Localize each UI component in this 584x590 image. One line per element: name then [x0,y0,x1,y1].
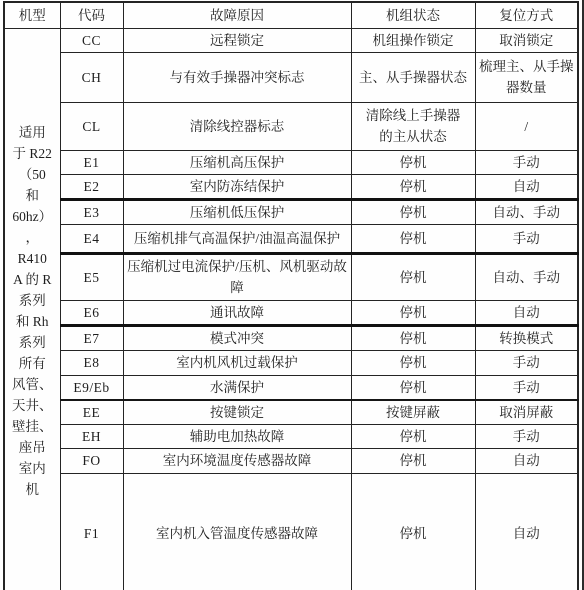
code-cell: E5 [60,253,123,300]
header-code: 代码 [60,2,123,28]
status-cell: 停机 [351,150,475,174]
cause-cell: 远程锁定 [123,28,351,52]
status-cell: 清除线上手操器 的主从状态 [351,102,475,150]
cause-cell: 按键锁定 [123,400,351,425]
scanned-document-page: 机型 代码 故障原因 机组状态 复位方式 适用 于 R22 （50 和 60hz… [0,0,584,590]
status-cell: 按键屏蔽 [351,400,475,425]
reset-cell: 自动、手动 [475,199,578,224]
cause-cell: 压缩机高压保护 [123,150,351,174]
table-row: 适用 于 R22 （50 和 60hz） ， R410 A 的 R 系列 和 R… [4,28,578,52]
status-cell: 停机 [351,300,475,325]
table-row: E5 压缩机过电流保护/压机、风机驱动故 障 停机 自动、手动 [4,253,578,300]
table-row: E8 室内机风机过载保护 停机 手动 [4,350,578,375]
reset-cell: 手动 [475,150,578,174]
status-cell: 停机 [351,448,475,473]
cause-cell: 室内环境温度传感器故障 [123,448,351,473]
reset-cell: / [475,102,578,150]
header-model: 机型 [4,2,60,28]
code-cell: E3 [60,199,123,224]
status-cell: 停机 [351,325,475,350]
table-row: EH 辅助电加热故障 停机 手动 [4,424,578,448]
code-cell: E2 [60,174,123,199]
cause-cell: 室内机入管温度传感器故障 [123,473,351,590]
reset-cell: 手动 [475,424,578,448]
table-row: E2 室内防冻结保护 停机 自动 [4,174,578,199]
code-cell: EE [60,400,123,425]
reset-cell: 自动 [475,300,578,325]
model-cell: 适用 于 R22 （50 和 60hz） ， R410 A 的 R 系列 和 R… [4,28,60,590]
status-cell: 停机 [351,174,475,199]
header-cause: 故障原因 [123,2,351,28]
status-cell: 主、从手操器状态 [351,52,475,102]
cause-cell: 与有效手操器冲突标志 [123,52,351,102]
status-cell: 停机 [351,375,475,400]
status-cell: 停机 [351,199,475,224]
code-cell: FO [60,448,123,473]
status-cell: 机组操作锁定 [351,28,475,52]
table-row: E9/Eb 水满保护 停机 手动 [4,375,578,400]
cause-cell: 辅助电加热故障 [123,424,351,448]
table-row: E3 压缩机低压保护 停机 自动、手动 [4,199,578,224]
code-cell: E1 [60,150,123,174]
cause-cell: 压缩机低压保护 [123,199,351,224]
table-row: E6 通讯故障 停机 自动 [4,300,578,325]
code-cell: CH [60,52,123,102]
cause-cell: 通讯故障 [123,300,351,325]
table-row: EE 按键锁定 按键屏蔽 取消屏蔽 [4,400,578,425]
code-cell: E7 [60,325,123,350]
cause-cell: 室内机风机过载保护 [123,350,351,375]
code-cell: E9/Eb [60,375,123,400]
table-row: E4 压缩机排气高温保护/油温高温保护 停机 手动 [4,224,578,253]
reset-cell: 手动 [475,224,578,253]
code-cell: E4 [60,224,123,253]
code-cell: F1 [60,473,123,590]
table-row: F1 室内机入管温度传感器故障 停机 自动 [4,473,578,590]
table-row: CL 清除线控器标志 清除线上手操器 的主从状态 / [4,102,578,150]
cause-cell: 压缩机排气高温保护/油温高温保护 [123,224,351,253]
code-cell: CL [60,102,123,150]
code-cell: E8 [60,350,123,375]
cause-cell: 清除线控器标志 [123,102,351,150]
table-row: CH 与有效手操器冲突标志 主、从手操器状态 梳理主、从手操 器数量 [4,52,578,102]
fault-code-table: 机型 代码 故障原因 机组状态 复位方式 适用 于 R22 （50 和 60hz… [3,1,579,590]
status-cell: 停机 [351,224,475,253]
header-status: 机组状态 [351,2,475,28]
code-cell: EH [60,424,123,448]
reset-cell: 自动、手动 [475,253,578,300]
reset-cell: 手动 [475,350,578,375]
cause-cell: 压缩机过电流保护/压机、风机驱动故 障 [123,253,351,300]
reset-cell: 梳理主、从手操 器数量 [475,52,578,102]
reset-cell: 自动 [475,174,578,199]
cause-cell: 水满保护 [123,375,351,400]
status-cell: 停机 [351,350,475,375]
reset-cell: 取消屏蔽 [475,400,578,425]
status-cell: 停机 [351,424,475,448]
table-row: E1 压缩机高压保护 停机 手动 [4,150,578,174]
code-cell: CC [60,28,123,52]
cause-cell: 室内防冻结保护 [123,174,351,199]
reset-cell: 转换模式 [475,325,578,350]
reset-cell: 手动 [475,375,578,400]
header-reset: 复位方式 [475,2,578,28]
reset-cell: 自动 [475,473,578,590]
table-row: FO 室内环境温度传感器故障 停机 自动 [4,448,578,473]
status-cell: 停机 [351,473,475,590]
code-cell: E6 [60,300,123,325]
status-cell: 停机 [351,253,475,300]
reset-cell: 取消锁定 [475,28,578,52]
table-row: E7 模式冲突 停机 转换模式 [4,325,578,350]
table-header-row: 机型 代码 故障原因 机组状态 复位方式 [4,2,578,28]
cause-cell: 模式冲突 [123,325,351,350]
reset-cell: 自动 [475,448,578,473]
